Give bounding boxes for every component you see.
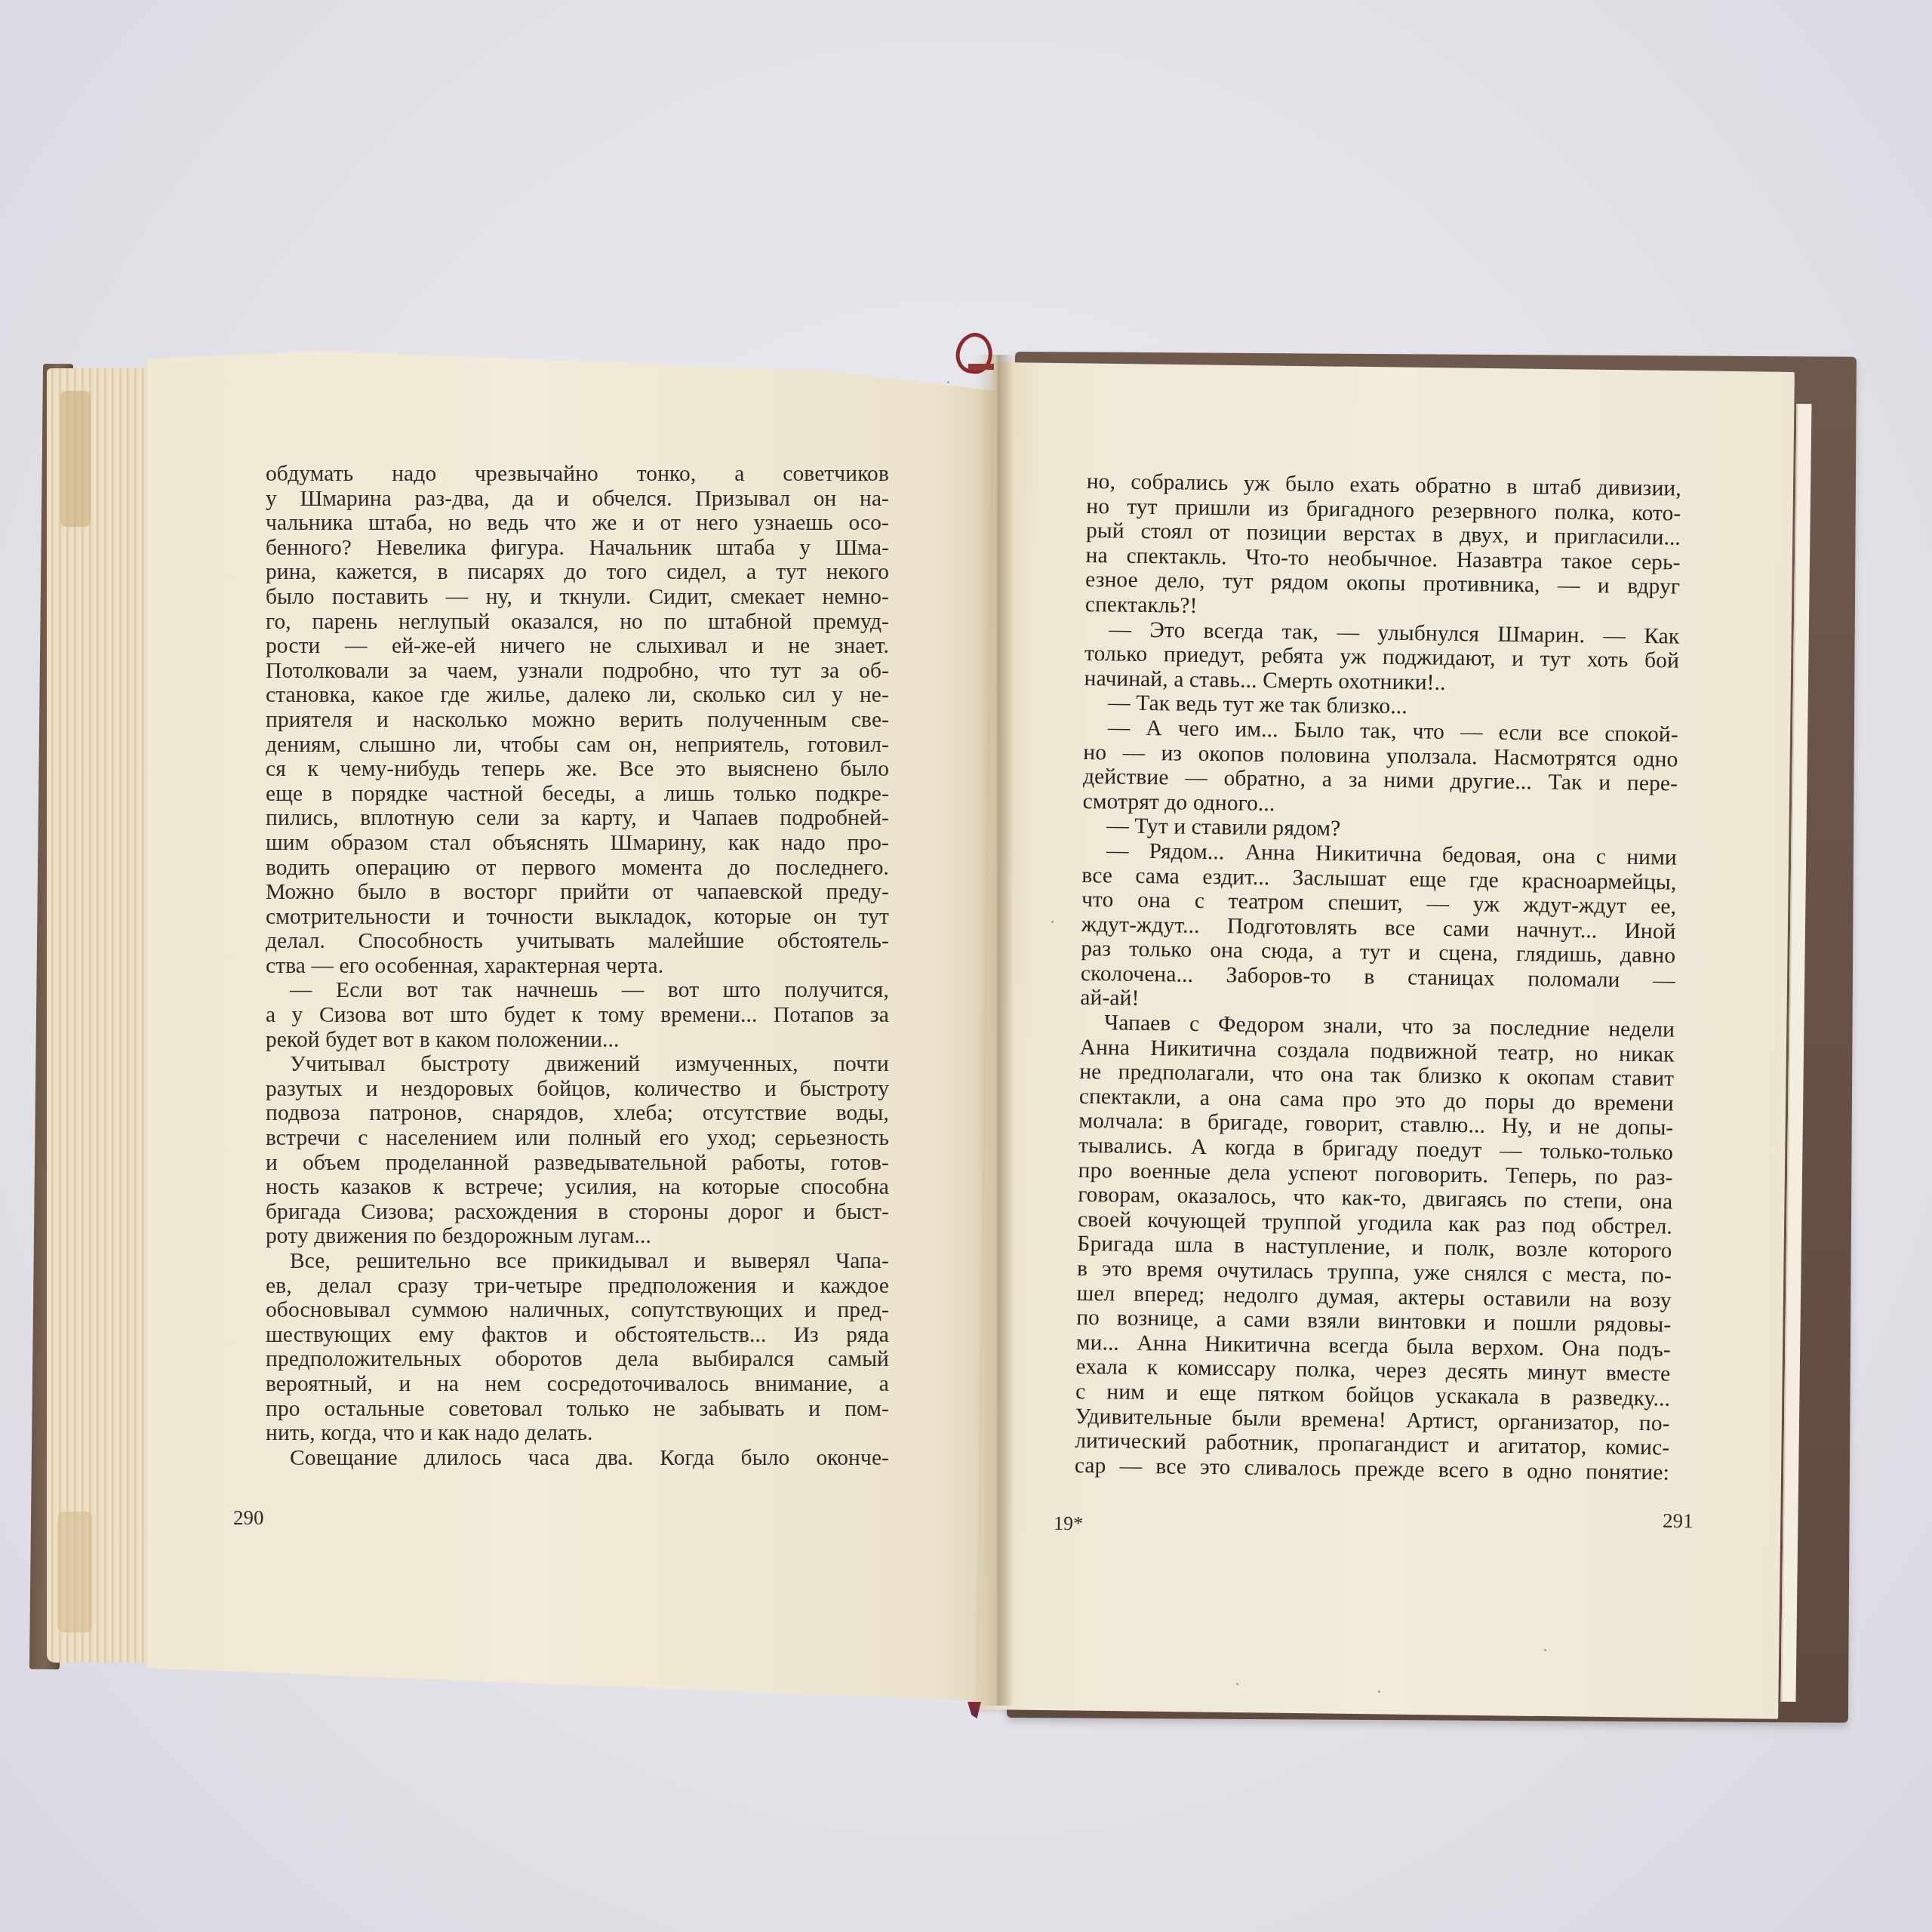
signature-mark: 19* bbox=[1054, 1512, 1083, 1535]
text-line: шествующих ему фактов и обстоятельств...… bbox=[266, 1323, 889, 1348]
text-line: бенного? Невелика фигура. Начальник штаб… bbox=[266, 536, 889, 561]
left-page-text: обдумать надо чрезвычайно тонко, а совет… bbox=[266, 462, 889, 1470]
text-line: обосновывал суммою наличных, сопутствующ… bbox=[266, 1298, 889, 1323]
text-line: Учитывал быстроту движений измученных, п… bbox=[266, 1052, 889, 1077]
ribbon-bookmark-base bbox=[968, 364, 994, 370]
text-line: у Шмарина раз-два, да и обчелся. Призыва… bbox=[266, 487, 889, 512]
text-line: пились, вплотную сели за карту, и Чапаев… bbox=[266, 806, 889, 831]
text-line: нить, когда, что и как надо делать. bbox=[266, 1421, 889, 1446]
text-line: водить операцию от первого момента до по… bbox=[266, 856, 889, 881]
text-line: подвоза патронов, снарядов, хлеба; отсут… bbox=[266, 1101, 889, 1126]
text-line: ства — его особенная, характерная черта. bbox=[266, 954, 889, 979]
text-line: Потолковали за чаем, узнали подробно, чт… bbox=[266, 659, 889, 684]
text-line: шим образом стал объяснять Шмарину, как … bbox=[266, 831, 889, 856]
ribbon-bookmark-tail[interactable] bbox=[968, 1702, 981, 1718]
text-line: обдумать надо чрезвычайно тонко, а совет… bbox=[266, 462, 889, 487]
text-line: и объем проделанной разведывательной раб… bbox=[266, 1151, 889, 1176]
text-line: делал. Способность учитывать малейшие об… bbox=[266, 929, 889, 954]
text-line: было поставить — ну, и ткнули. Сидит, см… bbox=[266, 585, 889, 610]
text-line: встречи с населением или полный его уход… bbox=[266, 1126, 889, 1151]
text-line: рости — ей-же-ей ничего не слыхивал и не… bbox=[266, 634, 889, 659]
text-line: чальника штаба, но ведь что же и от него… bbox=[266, 511, 889, 536]
text-line: — Если вот так начнешь — вот што получит… bbox=[266, 978, 889, 1003]
text-line: вероятный, и на нем сосредоточивалось вн… bbox=[266, 1372, 889, 1397]
text-line: ев, делал сразу три-четыре предположения… bbox=[266, 1274, 889, 1299]
text-line: ся к чему-нибудь теперь же. Все это выяс… bbox=[266, 757, 889, 782]
paper-speck bbox=[1051, 921, 1054, 923]
text-line: еще в порядке частной беседы, а лишь тол… bbox=[266, 782, 889, 807]
text-line: рина, кажется, в писарях до того сидел, … bbox=[266, 560, 889, 585]
text-line: а у Сизова вот што будет к тому времени.… bbox=[266, 1003, 889, 1028]
text-line: дениям, слышно ли, чтобы сам он, неприят… bbox=[266, 733, 889, 758]
right-page-number: 291 bbox=[1663, 1509, 1694, 1533]
text-line: разутых и нездоровых бойцов, количество … bbox=[266, 1077, 889, 1102]
paper-speck bbox=[947, 381, 949, 383]
text-line: Все, решительно все прикидывал и выверял… bbox=[266, 1249, 889, 1274]
text-line: смотрительности и точности выкладок, кот… bbox=[266, 905, 889, 930]
page-stack-fore-edge bbox=[47, 368, 160, 1663]
right-page-text: но, собрались уж было ехать обратно в шт… bbox=[1075, 469, 1681, 1485]
text-line: приятеля и насколько можно верить получе… bbox=[266, 708, 889, 733]
paper-speck bbox=[1378, 1690, 1380, 1693]
paper-speck bbox=[1544, 1649, 1546, 1651]
book-photo-scene: обдумать надо чрезвычайно тонко, а совет… bbox=[0, 0, 1932, 1932]
left-page-number: 290 bbox=[233, 1506, 264, 1530]
text-line: предположительных оборотов дела выбиралс… bbox=[266, 1347, 889, 1372]
text-line: ность казаков к встрече; усилия, на кото… bbox=[266, 1175, 889, 1200]
text-line: про остальные советовал только не забыва… bbox=[266, 1397, 889, 1422]
paper-speck bbox=[1236, 1683, 1238, 1685]
text-line: бригада Сизова; расхождения в стороны до… bbox=[266, 1200, 889, 1225]
text-line: Можно было в восторг прийти от чапаевско… bbox=[266, 880, 889, 905]
text-line: Совещание длилось часа два. Когда было о… bbox=[266, 1446, 889, 1471]
book-gutter bbox=[975, 355, 1013, 1706]
text-line: роту движения по бездорожным лугам... bbox=[266, 1224, 889, 1249]
text-line: становка, какое где жилье, далеко ли, ск… bbox=[266, 683, 889, 708]
text-line: рекой будет вот в каком положении... bbox=[266, 1028, 889, 1053]
text-line: го, парень неглупый оказался, но по штаб… bbox=[266, 610, 889, 635]
